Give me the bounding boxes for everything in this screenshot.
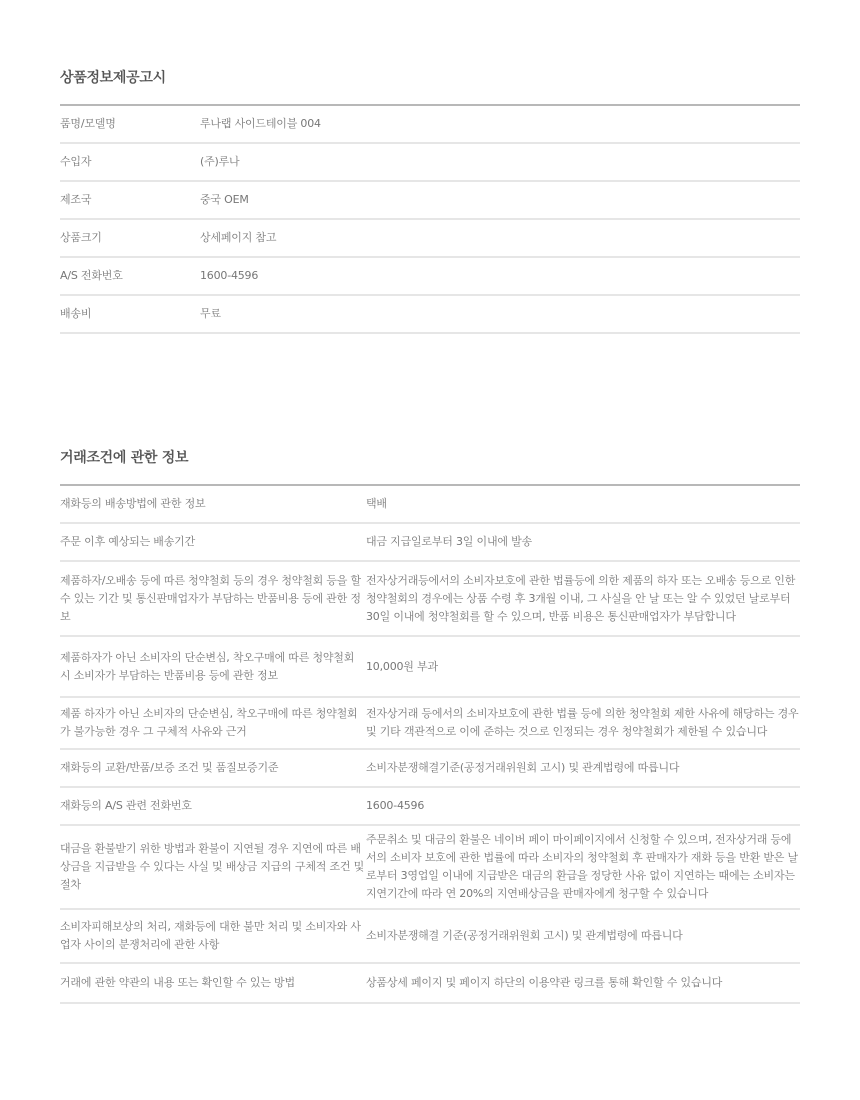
- table-row: 재화등의 배송방법에 관한 정보 택배: [60, 486, 800, 524]
- table-row: 제품하자/오배송 등에 따른 청약철회 등의 경우 청약철회 등을 할 수 있는…: [60, 562, 800, 637]
- row-value: 무료: [200, 305, 800, 323]
- row-label: 재화등의 교환/반품/보증 조건 및 품질보증기준: [60, 759, 366, 777]
- row-label: 제품하자가 아닌 소비자의 단순변심, 착오구매에 따른 청약철회 시 소비자가…: [60, 649, 366, 685]
- row-value: 전자상거래 등에서의 소비자보호에 관한 법률 등에 의한 청약철회 제한 사유…: [366, 705, 800, 741]
- row-label: 제품하자/오배송 등에 따른 청약철회 등의 경우 청약철회 등을 할 수 있는…: [60, 572, 366, 626]
- table-row: 대금을 환불받기 위한 방법과 환불이 지연될 경우 지연에 따른 배상금을 지…: [60, 826, 800, 910]
- table-row: A/S 전화번호 1600-4596: [60, 258, 800, 296]
- row-label: A/S 전화번호: [60, 267, 200, 285]
- table-row: 제품 하자가 아닌 소비자의 단순변심, 착오구매에 따른 청약철회가 불가능한…: [60, 698, 800, 750]
- row-value: 상세페이지 참고: [200, 229, 800, 247]
- row-value: 소비자분쟁해결기준(공정거래위원회 고시) 및 관계법령에 따릅니다: [366, 759, 800, 777]
- row-value: 주문취소 및 대금의 환불은 네이버 페이 마이페이지에서 신청할 수 있으며,…: [366, 831, 800, 903]
- table-row: 주문 이후 예상되는 배송기간 대금 지급일로부터 3일 이내에 발송: [60, 524, 800, 562]
- row-value: 1600-4596: [366, 797, 800, 815]
- row-value: 전자상거래등에서의 소비자보호에 관한 법률등에 의한 제품의 하자 또는 오배…: [366, 572, 800, 626]
- product-notice-table: 품명/모델명 루나랩 사이드테이블 004 수입자 (주)루나 제조국 중국 O…: [60, 104, 800, 334]
- row-label: 거래에 관한 약관의 내용 또는 확인할 수 있는 방법: [60, 974, 366, 992]
- row-label: 재화등의 배송방법에 관한 정보: [60, 495, 366, 513]
- table-row: 품명/모델명 루나랩 사이드테이블 004: [60, 106, 800, 144]
- row-value: 루나랩 사이드테이블 004: [200, 115, 800, 133]
- trade-terms-section: 거래조건에 관한 정보 재화등의 배송방법에 관한 정보 택배 주문 이후 예상…: [60, 446, 800, 1004]
- table-row: 재화등의 A/S 관련 전화번호 1600-4596: [60, 788, 800, 826]
- row-label: 배송비: [60, 305, 200, 323]
- table-row: 상품크기 상세페이지 참고: [60, 220, 800, 258]
- row-value: 상품상세 페이지 및 페이지 하단의 이용약관 링크를 통해 확인할 수 있습니…: [366, 974, 800, 992]
- row-value: 중국 OEM: [200, 191, 800, 209]
- section-title: 상품정보제공고시: [60, 66, 800, 90]
- row-value: (주)루나: [200, 153, 800, 171]
- row-value: 1600-4596: [200, 267, 800, 285]
- row-label: 상품크기: [60, 229, 200, 247]
- row-label: 수입자: [60, 153, 200, 171]
- table-row: 배송비 무료: [60, 296, 800, 334]
- row-value: 10,000원 부과: [366, 658, 800, 676]
- row-label: 품명/모델명: [60, 115, 200, 133]
- row-label: 제품 하자가 아닌 소비자의 단순변심, 착오구매에 따른 청약철회가 불가능한…: [60, 705, 366, 741]
- product-notice-section: 상품정보제공고시 품명/모델명 루나랩 사이드테이블 004 수입자 (주)루나…: [60, 66, 800, 334]
- row-label: 주문 이후 예상되는 배송기간: [60, 533, 366, 551]
- table-row: 소비자피해보상의 처리, 재화등에 대한 불만 처리 및 소비자와 사업자 사이…: [60, 910, 800, 964]
- row-label: 소비자피해보상의 처리, 재화등에 대한 불만 처리 및 소비자와 사업자 사이…: [60, 918, 366, 954]
- table-row: 제조국 중국 OEM: [60, 182, 800, 220]
- table-row: 거래에 관한 약관의 내용 또는 확인할 수 있는 방법 상품상세 페이지 및 …: [60, 964, 800, 1004]
- row-label: 재화등의 A/S 관련 전화번호: [60, 797, 366, 815]
- table-row: 수입자 (주)루나: [60, 144, 800, 182]
- row-value: 대금 지급일로부터 3일 이내에 발송: [366, 533, 800, 551]
- table-row: 제품하자가 아닌 소비자의 단순변심, 착오구매에 따른 청약철회 시 소비자가…: [60, 637, 800, 698]
- row-label: 제조국: [60, 191, 200, 209]
- section-title: 거래조건에 관한 정보: [60, 446, 800, 470]
- row-value: 택배: [366, 495, 800, 513]
- row-label: 대금을 환불받기 위한 방법과 환불이 지연될 경우 지연에 따른 배상금을 지…: [60, 840, 366, 894]
- row-value: 소비자분쟁해결 기준(공정거래위원회 고시) 및 관계법령에 따릅니다: [366, 927, 800, 945]
- trade-terms-table: 재화등의 배송방법에 관한 정보 택배 주문 이후 예상되는 배송기간 대금 지…: [60, 484, 800, 1004]
- table-row: 재화등의 교환/반품/보증 조건 및 품질보증기준 소비자분쟁해결기준(공정거래…: [60, 750, 800, 788]
